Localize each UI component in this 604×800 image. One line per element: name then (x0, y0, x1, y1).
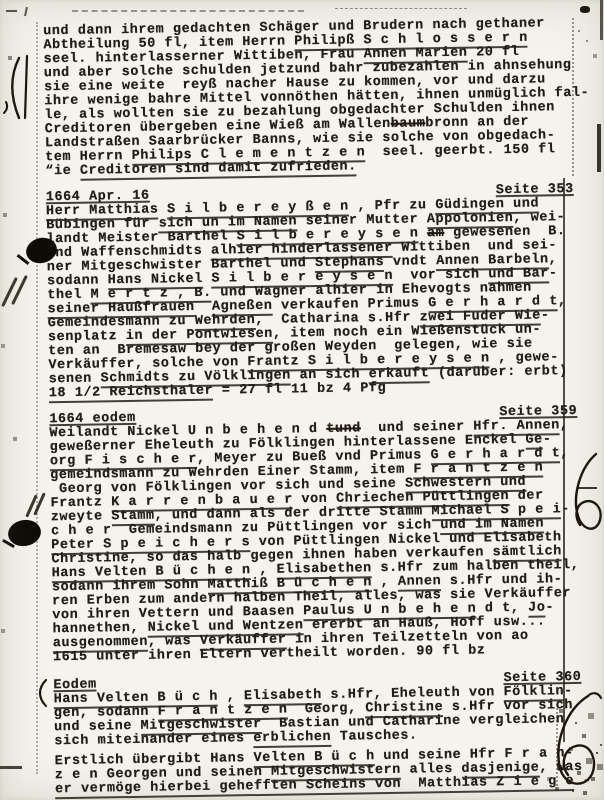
margin-tick-mark (578, 487, 597, 489)
register-entry: 1664 Apr. 16Seite 353Herr Matthias S i l… (46, 182, 577, 400)
top-dashed-rule (335, 8, 467, 9)
edge-ink-bar (600, 0, 603, 40)
double-slash-mark (33, 492, 46, 515)
double-slash-mark (25, 494, 38, 517)
double-slash-mark (11, 275, 28, 305)
entry-page-ref: Seite 353 (496, 182, 574, 197)
document-text: und dann ihrem gedachten Schäger und Bru… (43, 16, 583, 796)
corner-ink-mark (24, 7, 28, 16)
paragraph: und dann ihrem gedachten Schäger und Bru… (43, 16, 573, 178)
pen-struck-text: am (427, 226, 445, 241)
ink-blot-tail (2, 539, 15, 548)
scan-speckles (0, 0, 2, 2)
entry-date: 1664 eodem (49, 411, 136, 426)
corner-ink-mark (580, 6, 590, 13)
margin-rule-left (36, 22, 38, 774)
entry-page-ref: Seite 360 (503, 670, 581, 685)
ink-blot-tail (17, 254, 30, 265)
scanned-document-page: und dann ihrem gedachten Schäger und Bru… (0, 0, 604, 800)
pen-underlined-text: 18 1/2 Reichsthaler (49, 384, 214, 404)
double-slash-mark (1, 277, 18, 307)
corner-ink-mark (0, 766, 22, 769)
entry-page-ref: Seite 359 (499, 404, 577, 419)
corner-ink-mark (6, 10, 17, 12)
register-entry: EodemSeite 360Hans Velten B ü c h , Elis… (53, 670, 582, 748)
edge-ink-bar (597, 124, 601, 172)
paragraph: Erstlich übergibt Hans Velten B ü c h un… (55, 746, 584, 796)
pen-underlined-text: Creditoren sind damit zufrieden. (80, 159, 357, 180)
entry-date: Eodem (53, 678, 96, 693)
parenthesis-mark (34, 678, 50, 708)
ink-blot-mark (6, 517, 43, 548)
top-dashed-rule (72, 10, 304, 12)
register-entry: 1664 eodemSeite 359Weilandt Nickel U n b… (49, 404, 581, 664)
parenthesis-mark (4, 52, 32, 126)
pen-underlined-text: erblichen (253, 730, 331, 748)
